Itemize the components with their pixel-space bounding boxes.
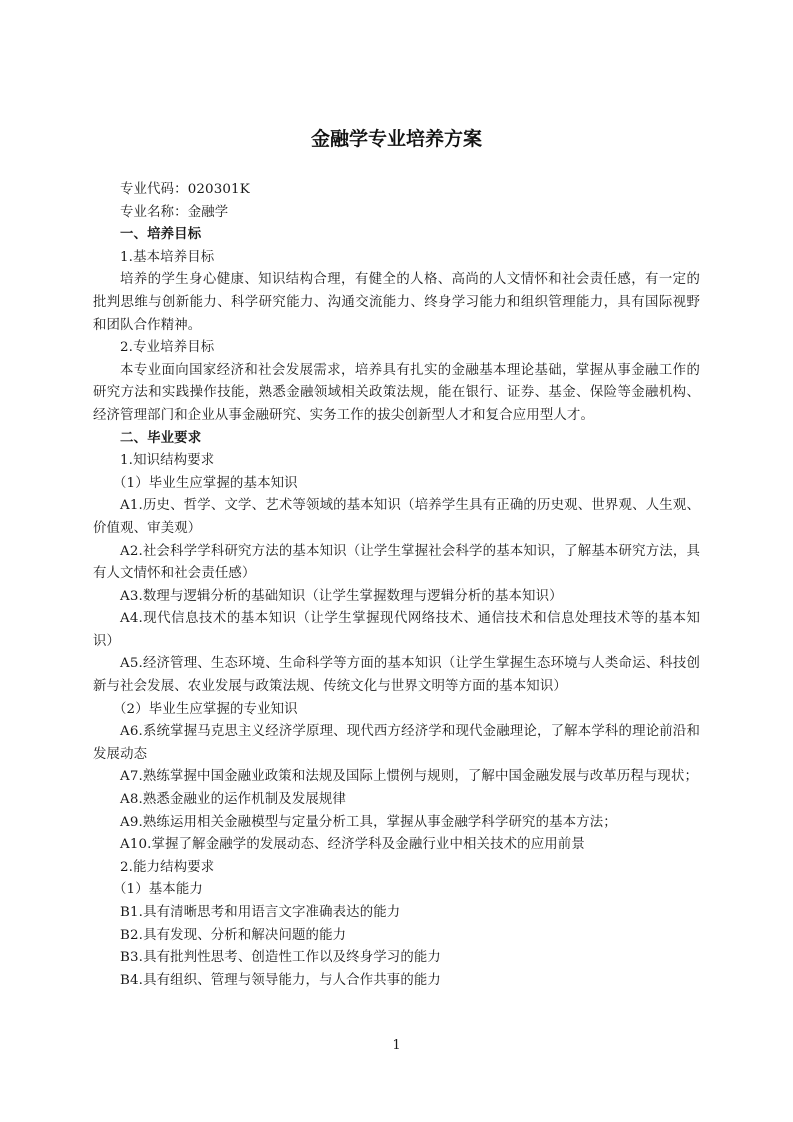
section-heading-requirements: 二、毕业要求 [93,428,700,451]
item-a10: A10.掌握了解金融学的发展动态、经济学科及金融行业中相关技术的应用前景 [93,834,700,857]
subheading-ability-structure: 2.能力结构要求 [93,857,700,880]
subheading-professional-objective: 2.专业培养目标 [93,337,700,360]
item-a3: A3.数理与逻辑分析的基础知识（让学生掌握数理与逻辑分析的基本知识） [93,586,700,609]
paragraph-major-code: 专业代码：020301K [93,179,700,202]
subheading-basic-objective: 1.基本培养目标 [93,247,700,270]
item-b4: B4.具有组织、管理与领导能力，与人合作共事的能力 [93,970,700,993]
item-a6: A6.系统掌握马克思主义经济学原理、现代西方经济学和现代金融理论，了解本学科的理… [93,721,700,766]
paragraph-major-name: 专业名称：金融学 [93,202,700,225]
item-a9: A9.熟练运用相关金融模型与定量分析工具，掌握从事金融学科学研究的基本方法； [93,812,700,835]
item-b1: B1.具有清晰思考和用语言文字准确表达的能力 [93,902,700,925]
item-a1: A1.历史、哲学、文学、艺术等领域的基本知识（培养学生具有正确的历史观、世界观、… [93,495,700,540]
subheading-basic-ability: （1）基本能力 [93,879,700,902]
document-title: 金融学专业培养方案 [93,124,700,151]
item-a5: A5.经济管理、生态环境、生命科学等方面的基本知识（让学生掌握生态环境与人类命运… [93,653,700,698]
subheading-professional-knowledge: （2）毕业生应掌握的专业知识 [93,699,700,722]
item-b2: B2.具有发现、分析和解决问题的能力 [93,925,700,948]
item-a8: A8.熟悉金融业的运作机制及发展规律 [93,789,700,812]
item-a4: A4.现代信息技术的基本知识（让学生掌握现代网络技术、通信技术和信息处理技术等的… [93,608,700,653]
paragraph-professional-objective: 本专业面向国家经济和社会发展需求，培养具有扎实的金融基本理论基础，掌握从事金融工… [93,360,700,428]
page-number: 1 [0,1038,793,1053]
item-a7: A7.熟练掌握中国金融业政策和法规及国际上惯例与规则，了解中国金融发展与改革历程… [93,766,700,789]
document-body: 专业代码：020301K 专业名称：金融学 一、培养目标 1.基本培养目标 培养… [93,179,700,992]
subheading-knowledge-structure: 1.知识结构要求 [93,450,700,473]
paragraph-basic-objective: 培养的学生身心健康、知识结构合理，有健全的人格、高尚的人文情怀和社会责任感，有一… [93,269,700,337]
item-b3: B3.具有批判性思考、创造性工作以及终身学习的能力 [93,947,700,970]
section-heading-objectives: 一、培养目标 [93,224,700,247]
item-a2: A2.社会科学学科研究方法的基本知识（让学生掌握社会科学的基本知识，了解基本研究… [93,541,700,586]
subheading-basic-knowledge: （1）毕业生应掌握的基本知识 [93,473,700,496]
